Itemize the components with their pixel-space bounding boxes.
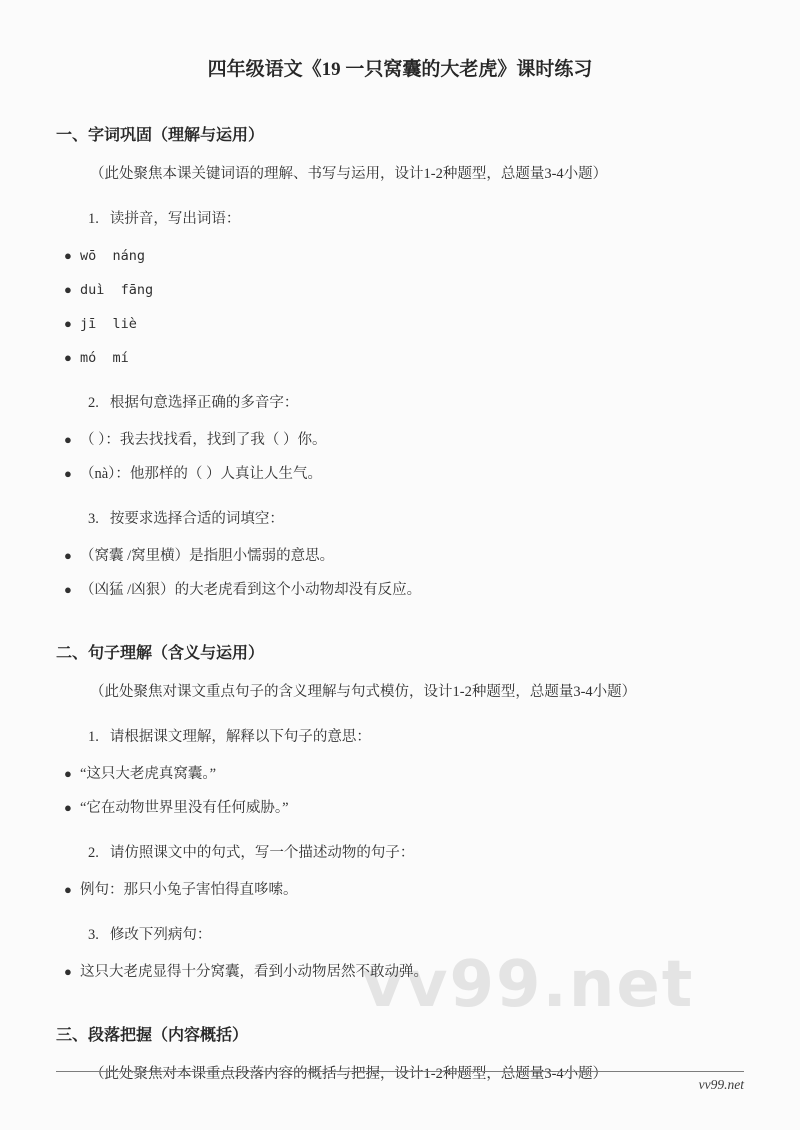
question-text: 按要求选择合适的词填空： <box>110 511 284 527</box>
list-item: ●例句：那只小兔子害怕得直哆嗦。 <box>56 880 744 900</box>
section-1-intro: （此处聚焦本课关键词语的理解、书写与运用，设计1-2种题型，总题量3-4小题） <box>56 165 744 184</box>
question-text: 请仿照课文中的句式，写一个描述动物的句子： <box>110 845 415 861</box>
question-number: 1. <box>88 211 99 227</box>
question-item: 2.根据句意选择正确的多音字： <box>56 394 744 413</box>
bullet-icon: ● <box>64 764 80 783</box>
list-item: ●（窝囊 /窝里横）是指胆小懦弱的意思。 <box>56 546 744 566</box>
bullet-list: ●“这只大老虎真窝囊。” ●“它在动物世界里没有任何威胁。” <box>56 764 744 818</box>
list-item-text: “这只大老虎真窝囊。” <box>80 765 216 784</box>
list-item: ●duì fāng <box>56 280 744 300</box>
bullet-icon: ● <box>64 798 80 817</box>
question-number: 2. <box>88 845 99 861</box>
question-item: 2.请仿照课文中的句式，写一个描述动物的句子： <box>56 844 744 863</box>
list-item-text: （凶猛 /凶狠）的大老虎看到这个小动物却没有反应。 <box>80 581 421 600</box>
worksheet-page: { "document": { "title": "四年级语文《19 一只窝囊的… <box>0 0 800 1130</box>
page-title: 四年级语文《19 一只窝囊的大老虎》课时练习 <box>56 0 744 82</box>
list-item: ●“它在动物世界里没有任何威胁。” <box>56 798 744 818</box>
bullet-icon: ● <box>64 348 80 367</box>
bullet-icon: ● <box>64 430 80 449</box>
list-item: ●jī liè <box>56 314 744 334</box>
question-text: 根据句意选择正确的多音字： <box>110 395 299 411</box>
list-item-text: 这只大老虎显得十分窝囊，看到小动物居然不敢动弹。 <box>80 963 428 982</box>
bullet-icon: ● <box>64 314 80 333</box>
list-item: ●（ ）：我去找找看，找到了我（ ）你。 <box>56 430 744 450</box>
question-text: 请根据课文理解，解释以下句子的意思： <box>110 729 371 745</box>
document-body: 四年级语文《19 一只窝囊的大老虎》课时练习 一、字词巩固（理解与运用） （此处… <box>0 0 800 1084</box>
bullet-icon: ● <box>64 962 80 981</box>
bullet-list: ●wō náng ●duì fāng ●jī liè ●mó mí <box>56 246 744 368</box>
bullet-list: ●（ ）：我去找找看，找到了我（ ）你。 ●（nà）：他那样的（ ）人真让人生气… <box>56 430 744 484</box>
bullet-icon: ● <box>64 880 80 899</box>
list-item: ●（nà）：他那样的（ ）人真让人生气。 <box>56 464 744 484</box>
question-number: 3. <box>88 511 99 527</box>
question-item: 1.请根据课文理解，解释以下句子的意思： <box>56 728 744 747</box>
list-item-text: jī liè <box>80 315 137 334</box>
section-2-heading: 二、句子理解（含义与运用） <box>56 643 744 665</box>
bullet-list: ●（窝囊 /窝里横）是指胆小懦弱的意思。 ●（凶猛 /凶狠）的大老虎看到这个小动… <box>56 546 744 600</box>
page-footer: vv99.net <box>56 1071 744 1095</box>
question-text: 读拼音，写出词语： <box>110 211 241 227</box>
list-item: ●wō náng <box>56 246 744 266</box>
question-number: 1. <box>88 729 99 745</box>
bullet-list: ●例句：那只小兔子害怕得直哆嗦。 <box>56 880 744 900</box>
list-item: ●这只大老虎显得十分窝囊，看到小动物居然不敢动弹。 <box>56 962 744 982</box>
list-item: ●mó mí <box>56 348 744 368</box>
list-item-text: （ ）：我去找找看，找到了我（ ）你。 <box>80 431 327 450</box>
question-number: 3. <box>88 927 99 943</box>
section-2-intro: （此处聚焦对课文重点句子的含义理解与句式模仿，设计1-2种题型，总题量3-4小题… <box>56 683 744 702</box>
list-item: ●（凶猛 /凶狠）的大老虎看到这个小动物却没有反应。 <box>56 580 744 600</box>
list-item-text: duì fāng <box>80 281 153 300</box>
section-3-heading: 三、段落把握（内容概括） <box>56 1025 744 1047</box>
list-item-text: mó mí <box>80 349 129 368</box>
list-item-text: （nà）：他那样的（ ）人真让人生气。 <box>80 465 322 484</box>
bullet-icon: ● <box>64 246 80 265</box>
question-number: 2. <box>88 395 99 411</box>
question-item: 3.按要求选择合适的词填空： <box>56 510 744 529</box>
list-item-text: （窝囊 /窝里横）是指胆小懦弱的意思。 <box>80 547 334 566</box>
footer-site-text: vv99.net <box>699 1075 744 1094</box>
list-item-text: wō náng <box>80 247 145 266</box>
bullet-icon: ● <box>64 280 80 299</box>
section-1-heading: 一、字词巩固（理解与运用） <box>56 125 744 147</box>
question-item: 3.修改下列病句： <box>56 926 744 945</box>
bullet-icon: ● <box>64 580 80 599</box>
bullet-list: ●这只大老虎显得十分窝囊，看到小动物居然不敢动弹。 <box>56 962 744 982</box>
list-item: ●“这只大老虎真窝囊。” <box>56 764 744 784</box>
list-item-text: “它在动物世界里没有任何威胁。” <box>80 799 289 818</box>
question-item: 1.读拼音，写出词语： <box>56 210 744 229</box>
bullet-icon: ● <box>64 546 80 565</box>
list-item-text: 例句：那只小兔子害怕得直哆嗦。 <box>80 881 298 900</box>
bullet-icon: ● <box>64 464 80 483</box>
question-text: 修改下列病句： <box>110 927 212 943</box>
